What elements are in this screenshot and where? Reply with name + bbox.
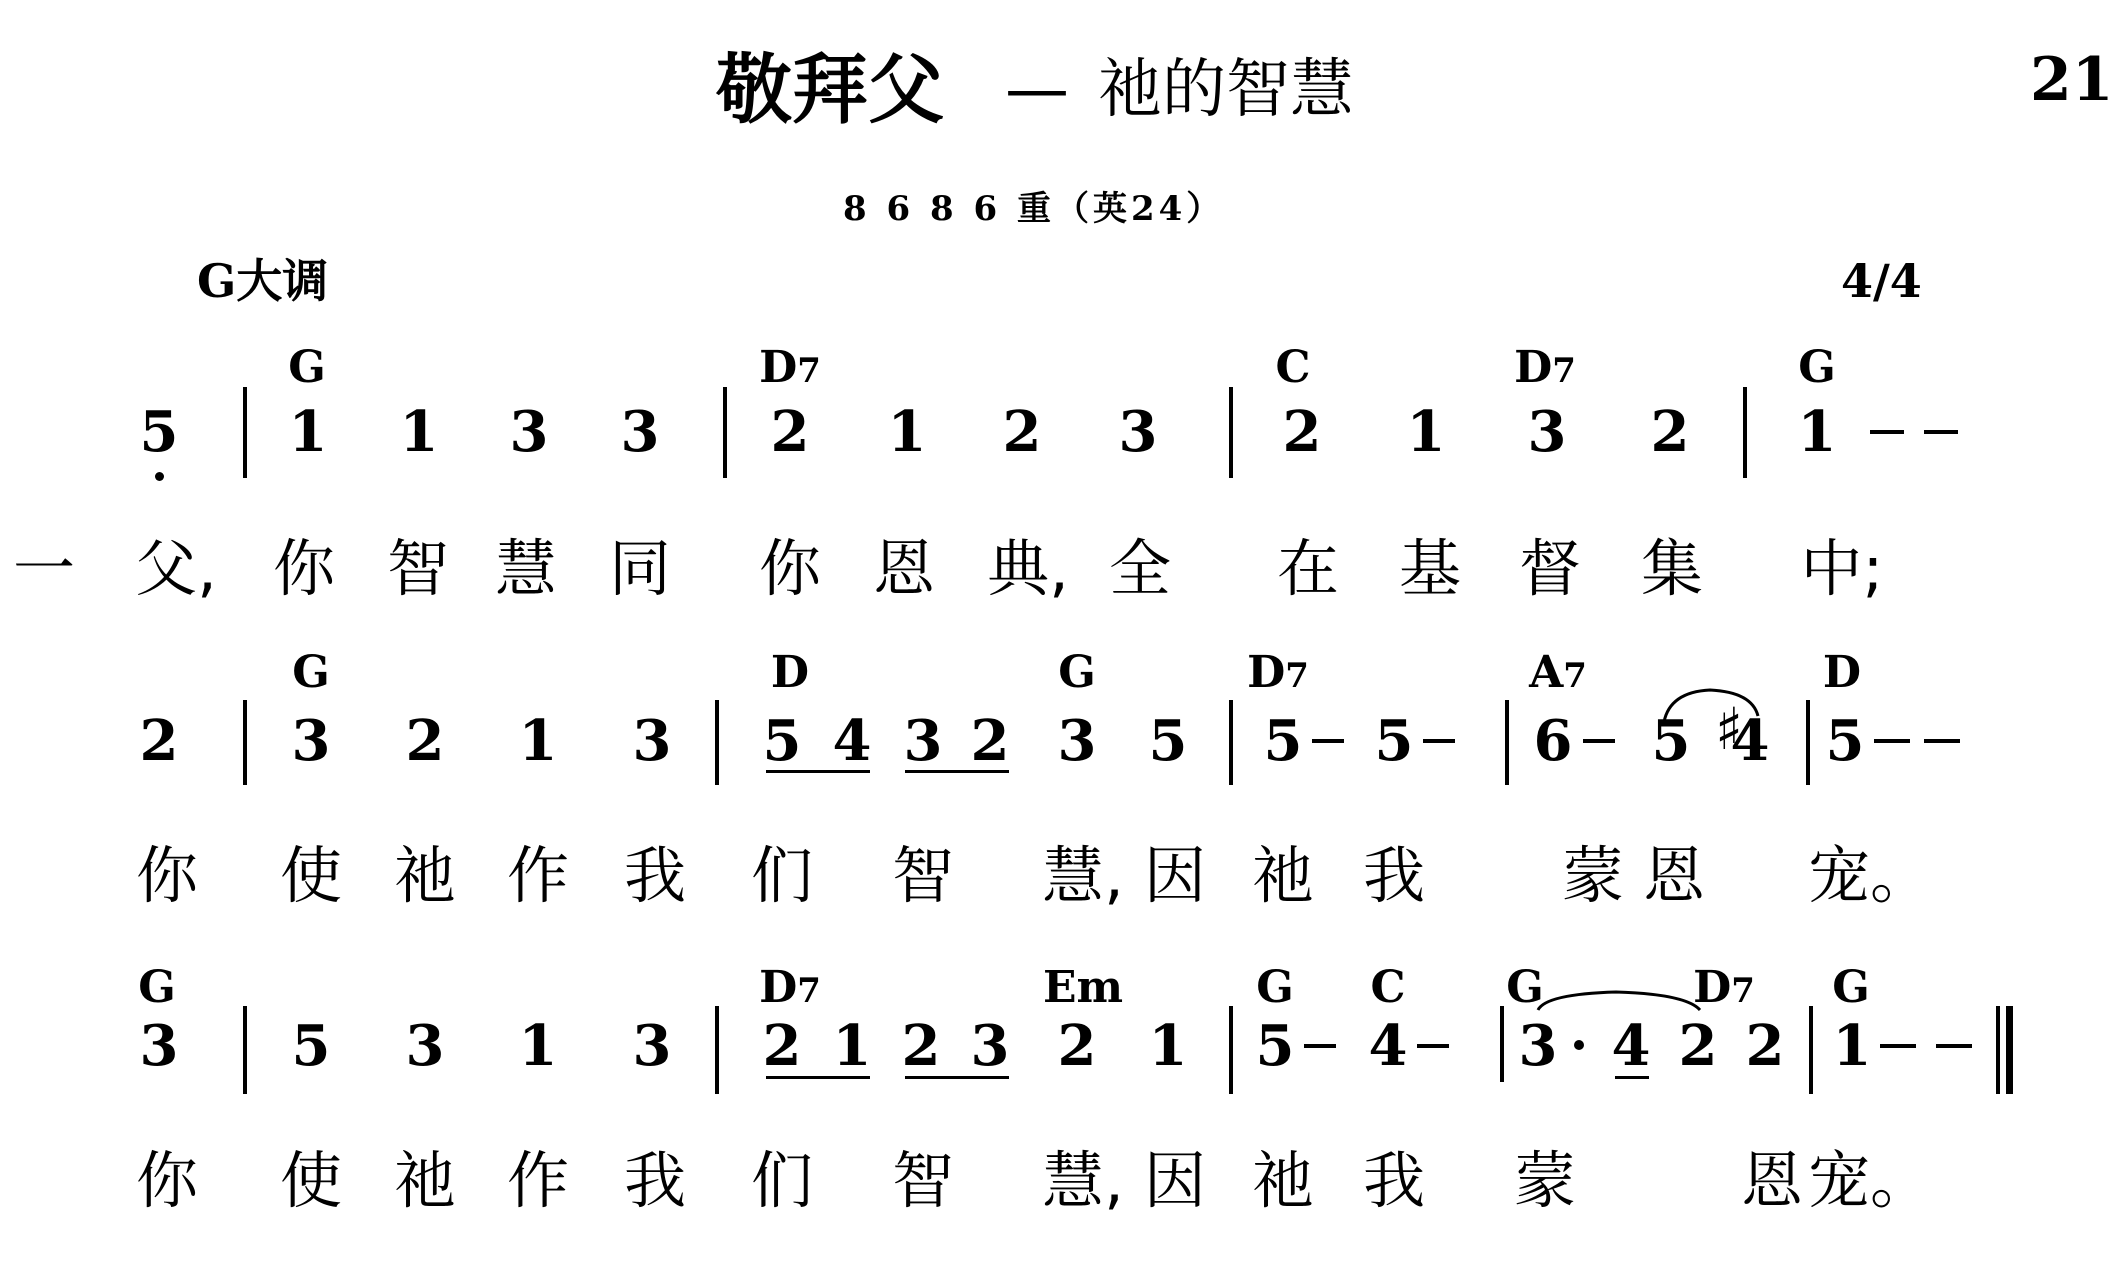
note: 5: [1375, 713, 1414, 769]
dotted-note-dot: [1574, 1040, 1584, 1050]
lyric: 慧: [495, 538, 557, 600]
note: 3: [633, 1018, 672, 1074]
note: 1: [833, 1018, 872, 1074]
note: 5: [140, 404, 179, 460]
chord-symbol: G: [138, 966, 176, 1010]
sustain-dash: [1880, 1044, 1916, 1048]
chord-symbol: G: [292, 651, 330, 695]
note: 3: [1519, 1018, 1558, 1074]
barline: [1743, 387, 1747, 478]
note: 2: [1058, 1018, 1097, 1074]
note: 2: [1651, 404, 1690, 460]
note: 2: [1283, 404, 1322, 460]
lyric: 基: [1399, 538, 1461, 600]
lyric: 你: [273, 538, 335, 600]
final-barline-thin: [1996, 1006, 2000, 1094]
note: 2: [1746, 1018, 1785, 1074]
note: 3: [971, 1018, 1010, 1074]
note: 4: [833, 713, 872, 769]
note: 5: [1256, 1018, 1295, 1074]
note: 3: [510, 404, 549, 460]
sustain-dash: [1423, 739, 1455, 743]
eighth-underline: [905, 1076, 1009, 1079]
lyric: 父,: [135, 538, 217, 600]
lyric: 我: [1363, 1150, 1425, 1212]
chord-symbol: C: [1370, 966, 1405, 1010]
note: 1: [1798, 404, 1837, 460]
lyric: 恩: [873, 538, 935, 600]
sustain-dash: [1583, 739, 1615, 743]
barline: [715, 1006, 719, 1094]
lyric: 祂: [1252, 1150, 1314, 1212]
chord-symbol: D: [1823, 651, 1861, 695]
lyric: 使: [280, 845, 342, 907]
note: 5: [1826, 713, 1865, 769]
lyric: 我: [624, 845, 686, 907]
page-number: 21: [2030, 50, 2114, 110]
note: 2: [1003, 404, 1042, 460]
lyric: 我: [624, 1150, 686, 1212]
lyric: 作: [507, 1150, 569, 1212]
lyric: 你: [136, 845, 198, 907]
lyric: 典,: [987, 538, 1069, 600]
lyric: 们: [751, 1150, 813, 1212]
note: 3: [904, 713, 943, 769]
lyric: 宠。: [1808, 1150, 1932, 1212]
hymn-title: 敬拜父: [716, 52, 944, 128]
chord-symbol: G: [1256, 966, 1294, 1010]
lyric: 中;: [1801, 538, 1884, 600]
note: 5: [292, 1018, 331, 1074]
barline: [243, 1006, 247, 1094]
sustain-dash: [1312, 739, 1344, 743]
slur: [1662, 686, 1762, 726]
barline: [1229, 1006, 1233, 1094]
note: 3: [633, 713, 672, 769]
chord-symbol: Em: [1043, 966, 1123, 1010]
barline: [243, 700, 247, 785]
note: 6: [1534, 713, 1573, 769]
barline: [1806, 700, 1810, 785]
note: 3: [1119, 404, 1158, 460]
barline: [715, 700, 719, 785]
barline: [1809, 1006, 1813, 1094]
lyric: 同: [609, 538, 671, 600]
note: 3: [292, 713, 331, 769]
note: 1: [519, 1018, 558, 1074]
lyric: 集: [1641, 538, 1703, 600]
title-separator: —: [1005, 58, 1069, 122]
chord-symbol: A7: [1529, 651, 1587, 695]
note: 2: [406, 713, 445, 769]
lyric: 你: [136, 1150, 198, 1212]
lyric: 蒙: [1514, 1150, 1576, 1212]
eighth-underline: [1615, 1076, 1649, 1079]
lyric: 祂: [394, 1150, 456, 1212]
barline: [723, 387, 727, 478]
final-barline-thick: [2006, 1006, 2013, 1094]
chord-symbol: G: [1832, 966, 1870, 1010]
eighth-underline: [766, 770, 870, 773]
lyric: 蒙: [1562, 845, 1624, 907]
lyric: 恩: [1643, 845, 1705, 907]
lyric: 一: [13, 538, 75, 600]
chord-symbol: G: [288, 346, 326, 390]
lyric: 我: [1363, 845, 1425, 907]
lyric: 祂: [1252, 845, 1314, 907]
note: 1: [888, 404, 927, 460]
lyric: 恩: [1741, 1150, 1803, 1212]
chord-symbol: D: [771, 651, 809, 695]
note: 3: [1058, 713, 1097, 769]
chord-symbol: D7: [759, 346, 821, 390]
chord-symbol: D7: [1247, 651, 1309, 695]
lower-octave-dot: [155, 472, 164, 481]
sustain-dash: [1870, 430, 1904, 434]
meter-label: 8 6 8 6 重（英24）: [843, 192, 1224, 226]
lyric: 你: [759, 538, 821, 600]
sustain-dash: [1924, 739, 1960, 743]
lyric: 督: [1519, 538, 1581, 600]
lyric: 宠。: [1808, 845, 1932, 907]
barline: [1505, 700, 1509, 785]
sustain-dash: [1417, 1044, 1449, 1048]
lyric: 因: [1144, 1150, 1206, 1212]
chord-symbol: C: [1275, 346, 1310, 390]
note: 2: [1679, 1018, 1718, 1074]
lyric: 慧,: [1042, 845, 1124, 907]
note: 5: [1264, 713, 1303, 769]
barline: [1500, 1006, 1504, 1082]
note: 2: [763, 1018, 802, 1074]
key-signature: G大调: [197, 258, 328, 304]
note: 3: [140, 1018, 179, 1074]
chord-symbol: D7: [759, 966, 821, 1010]
lyric: 全: [1109, 538, 1171, 600]
note: 5: [1149, 713, 1188, 769]
note: 3: [621, 404, 660, 460]
barline: [243, 387, 247, 478]
note: 2: [902, 1018, 941, 1074]
lyric: 智: [892, 1150, 954, 1212]
time-signature: 4/4: [1841, 258, 1922, 304]
chord-symbol: D7: [1514, 346, 1576, 390]
lyric: 慧,: [1042, 1150, 1124, 1212]
note: 3: [406, 1018, 445, 1074]
note: 1: [519, 713, 558, 769]
eighth-underline: [766, 1076, 870, 1079]
note: 1: [1149, 1018, 1188, 1074]
barline: [1229, 700, 1233, 785]
lyric: 智: [892, 845, 954, 907]
lyric: 智: [387, 538, 449, 600]
sustain-dash: [1924, 430, 1958, 434]
note: 4: [1369, 1018, 1408, 1074]
note: 1: [289, 404, 328, 460]
lyric: 使: [280, 1150, 342, 1212]
eighth-underline: [905, 770, 1009, 773]
note: 1: [1833, 1018, 1872, 1074]
sustain-dash: [1874, 739, 1910, 743]
lyric: 祂: [394, 845, 456, 907]
note: 3: [1528, 404, 1567, 460]
note: 1: [1407, 404, 1446, 460]
chord-symbol: G: [1058, 651, 1096, 695]
note: 1: [400, 404, 439, 460]
note: 2: [971, 713, 1010, 769]
lyric: 在: [1277, 538, 1339, 600]
note: 4: [1612, 1018, 1651, 1074]
note: 2: [771, 404, 810, 460]
barline: [1229, 387, 1233, 478]
lyric: 们: [751, 845, 813, 907]
hymn-subtitle: 祂的智慧: [1098, 58, 1354, 122]
note: 5: [763, 713, 802, 769]
chord-symbol: G: [1798, 346, 1836, 390]
lyric: 作: [507, 845, 569, 907]
note: 2: [140, 713, 179, 769]
lyric: 因: [1144, 845, 1206, 907]
sustain-dash: [1936, 1044, 1972, 1048]
sustain-dash: [1304, 1044, 1336, 1048]
